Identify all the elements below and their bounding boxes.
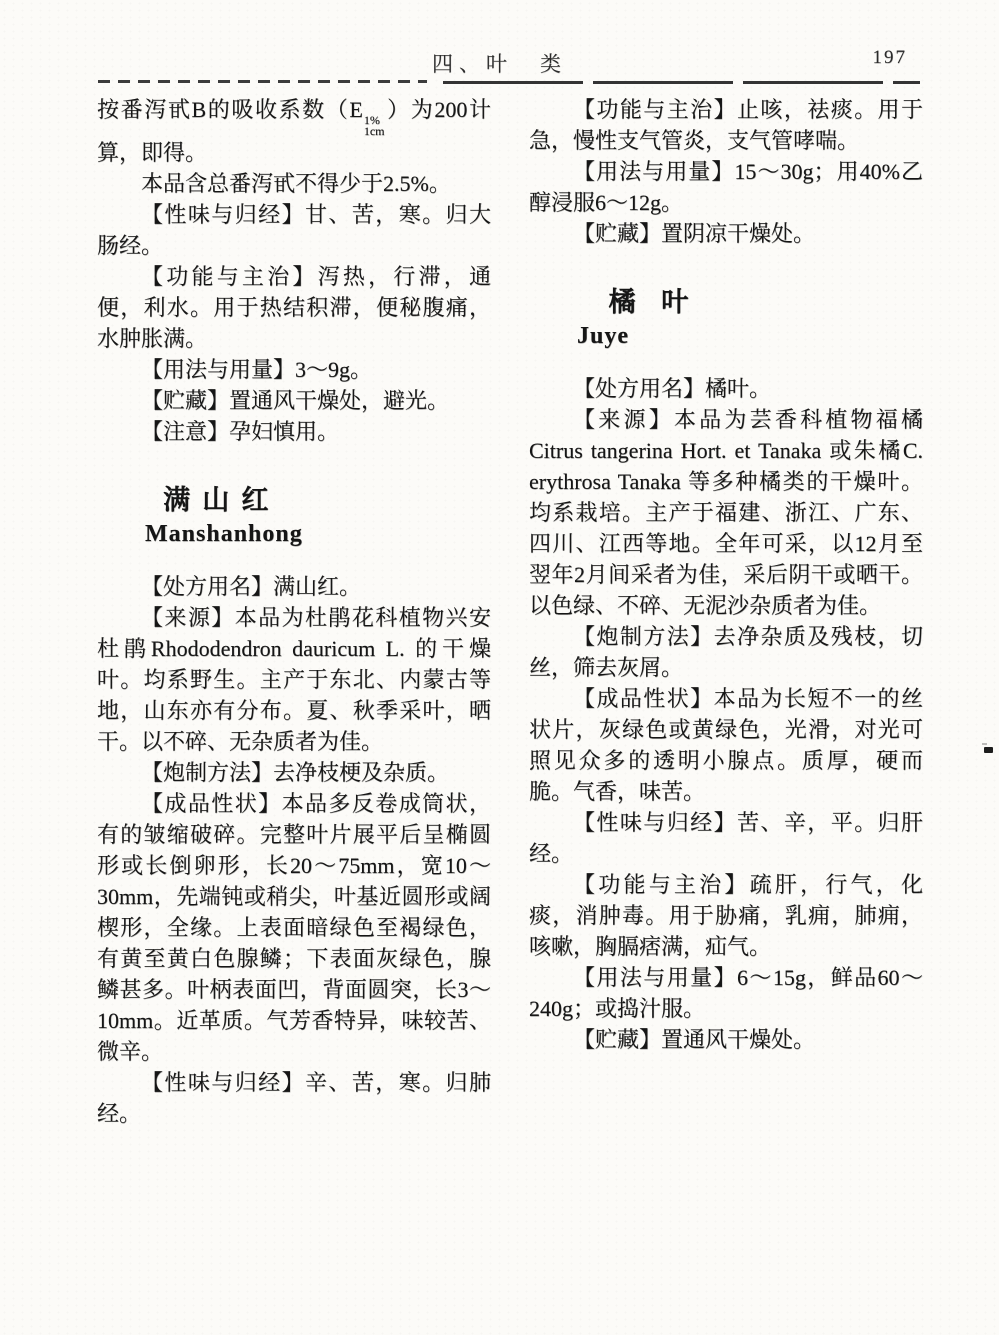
ink-speck-artifact bbox=[984, 747, 993, 753]
paragraph-prescription-name: 【处方用名】橘叶。 bbox=[529, 373, 923, 404]
entry-title-pinyin: Manshanhong bbox=[97, 518, 491, 550]
paragraph-processing-method: 【炮制方法】去净枝梗及杂质。 bbox=[97, 757, 491, 788]
paragraph-caution: 【注意】孕妇慎用。 bbox=[97, 416, 491, 447]
absorbance-coefficient-notation: 1%1cm bbox=[364, 115, 385, 137]
paragraph-dosage: 【用法与用量】6～15g，鲜品60～240g；或捣汁服。 bbox=[529, 962, 923, 1024]
formula-pre-text: 按番泻甙B的吸收系数（E bbox=[97, 97, 363, 122]
paragraph-taste-meridian: 【性味与归经】辛、苦，寒。归肺经。 bbox=[97, 1067, 491, 1129]
paragraph-taste-meridian: 【性味与归经】苦、辛，平。归肝经。 bbox=[529, 807, 923, 869]
paragraph-dosage: 【用法与用量】15～30g；用40%乙醇浸服6～12g。 bbox=[529, 156, 923, 218]
paragraph-product-characters: 【成品性状】本品多反卷成筒状，有的皱缩破碎。完整叶片展平后呈椭圆形或长倒卵形，长… bbox=[97, 788, 491, 1067]
paragraph-functions-indications: 【功能与主治】泻热，行滞，通便，利水。用于热结积滞，便秘腹痛，水肿胀满。 bbox=[97, 261, 491, 354]
running-head-title: 四、叶 类 bbox=[0, 48, 999, 78]
entry-header-manshanhong: 满山红 Manshanhong bbox=[97, 482, 491, 550]
paragraph-prescription-name: 【处方用名】满山红。 bbox=[97, 571, 491, 602]
paragraph-storage: 【贮藏】置通风干燥处，避光。 bbox=[97, 385, 491, 416]
paragraph-storage: 【贮藏】置阴凉干燥处。 bbox=[529, 218, 923, 249]
paragraph-content-requirement: 本品含总番泻甙不得少于2.5%。 bbox=[97, 168, 491, 199]
entry-title-cn: 橘叶 bbox=[529, 284, 923, 320]
paragraph-taste-meridian: 【性味与归经】甘、苦，寒。归大肠经。 bbox=[97, 199, 491, 261]
paragraph-absorbance-formula: 按番泻甙B的吸收系数（E1%1cm）为200计算，即得。 bbox=[97, 94, 491, 168]
scanned-book-page: 四、叶 类 197 按番泻甙B的吸收系数（E1%1cm）为200计算，即得。 本… bbox=[0, 0, 999, 1335]
right-column: 【功能与主治】止咳，祛痰。用于急，慢性支气管炎，支气管哮喘。 【用法与用量】15… bbox=[529, 94, 923, 1055]
header-divider-rule bbox=[98, 80, 920, 84]
paragraph-dosage: 【用法与用量】3～9g。 bbox=[97, 354, 491, 385]
paragraph-storage: 【贮藏】置通风干燥处。 bbox=[529, 1024, 923, 1055]
paragraph-product-characters: 【成品性状】本品为长短不一的丝状片，灰绿色或黄绿色，光滑，对光可照见众多的透明小… bbox=[529, 683, 923, 807]
left-column: 按番泻甙B的吸收系数（E1%1cm）为200计算，即得。 本品含总番泻甙不得少于… bbox=[97, 94, 491, 1129]
paragraph-functions-indications: 【功能与主治】止咳，祛痰。用于急，慢性支气管炎，支气管哮喘。 bbox=[529, 94, 923, 156]
entry-title-pinyin: Juye bbox=[529, 320, 923, 352]
paragraph-processing-method: 【炮制方法】去净杂质及残枝，切丝，筛去灰屑。 bbox=[529, 621, 923, 683]
page-number: 197 bbox=[873, 47, 908, 69]
entry-title-cn: 满山红 bbox=[97, 482, 491, 518]
entry-header-juye: 橘叶 Juye bbox=[529, 284, 923, 352]
paragraph-source: 【来源】本品为芸香科植物福橘Citrus tangerina Hort. et … bbox=[529, 404, 923, 621]
formula-subscript: 1cm bbox=[364, 126, 385, 137]
paragraph-source: 【来源】本品为杜鹃花科植物兴安杜鹃Rhododendron dauricum L… bbox=[97, 602, 491, 757]
paragraph-functions-indications: 【功能与主治】疏肝，行气，化痰，消肿毒。用于胁痛，乳痈，肺痈，咳嗽，胸膈痞满，疝… bbox=[529, 869, 923, 962]
divider-dashed-segment bbox=[98, 80, 427, 83]
divider-solid-segment bbox=[443, 81, 920, 84]
